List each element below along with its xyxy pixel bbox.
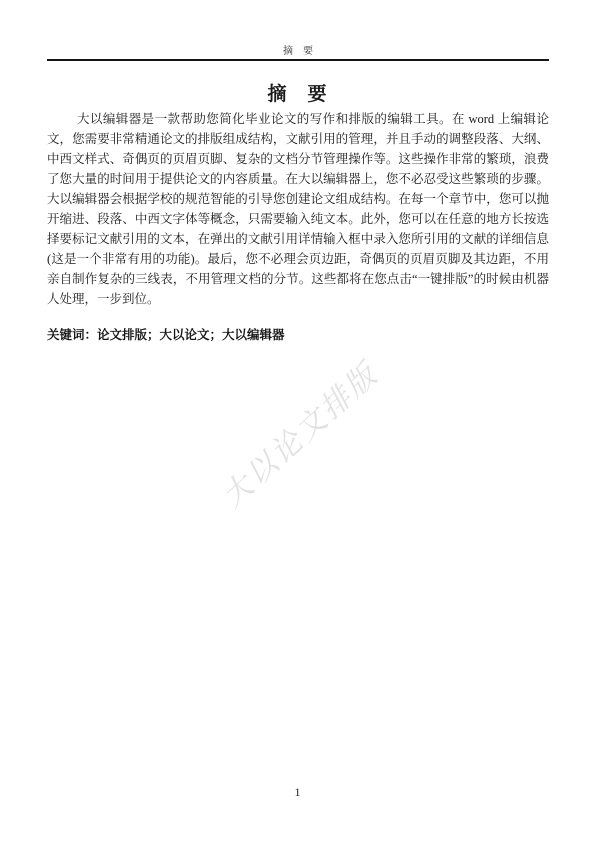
keywords-label: 关键词： — [47, 328, 97, 342]
keywords-line: 关键词：论文排版；大以论文；大以编辑器 — [47, 327, 549, 343]
page-title: 摘 要 — [0, 79, 595, 106]
header-rule — [47, 59, 549, 61]
document-page: 摘 要 大以论文排版 摘 要 大以编辑器是一款帮助您简化毕业论文的写作和排版的编… — [0, 0, 595, 842]
page-header: 摘 要 — [47, 45, 549, 61]
abstract-paragraph: 大以编辑器是一款帮助您简化毕业论文的写作和排版的编辑工具。在 word 上编辑论… — [47, 109, 549, 309]
running-header-title: 摘 要 — [47, 45, 549, 58]
page-number: 1 — [295, 785, 301, 799]
watermark-text: 大以论文排版 — [210, 350, 387, 515]
page-footer: 1 — [0, 783, 595, 801]
keywords-value: 论文排版；大以论文；大以编辑器 — [97, 328, 285, 342]
